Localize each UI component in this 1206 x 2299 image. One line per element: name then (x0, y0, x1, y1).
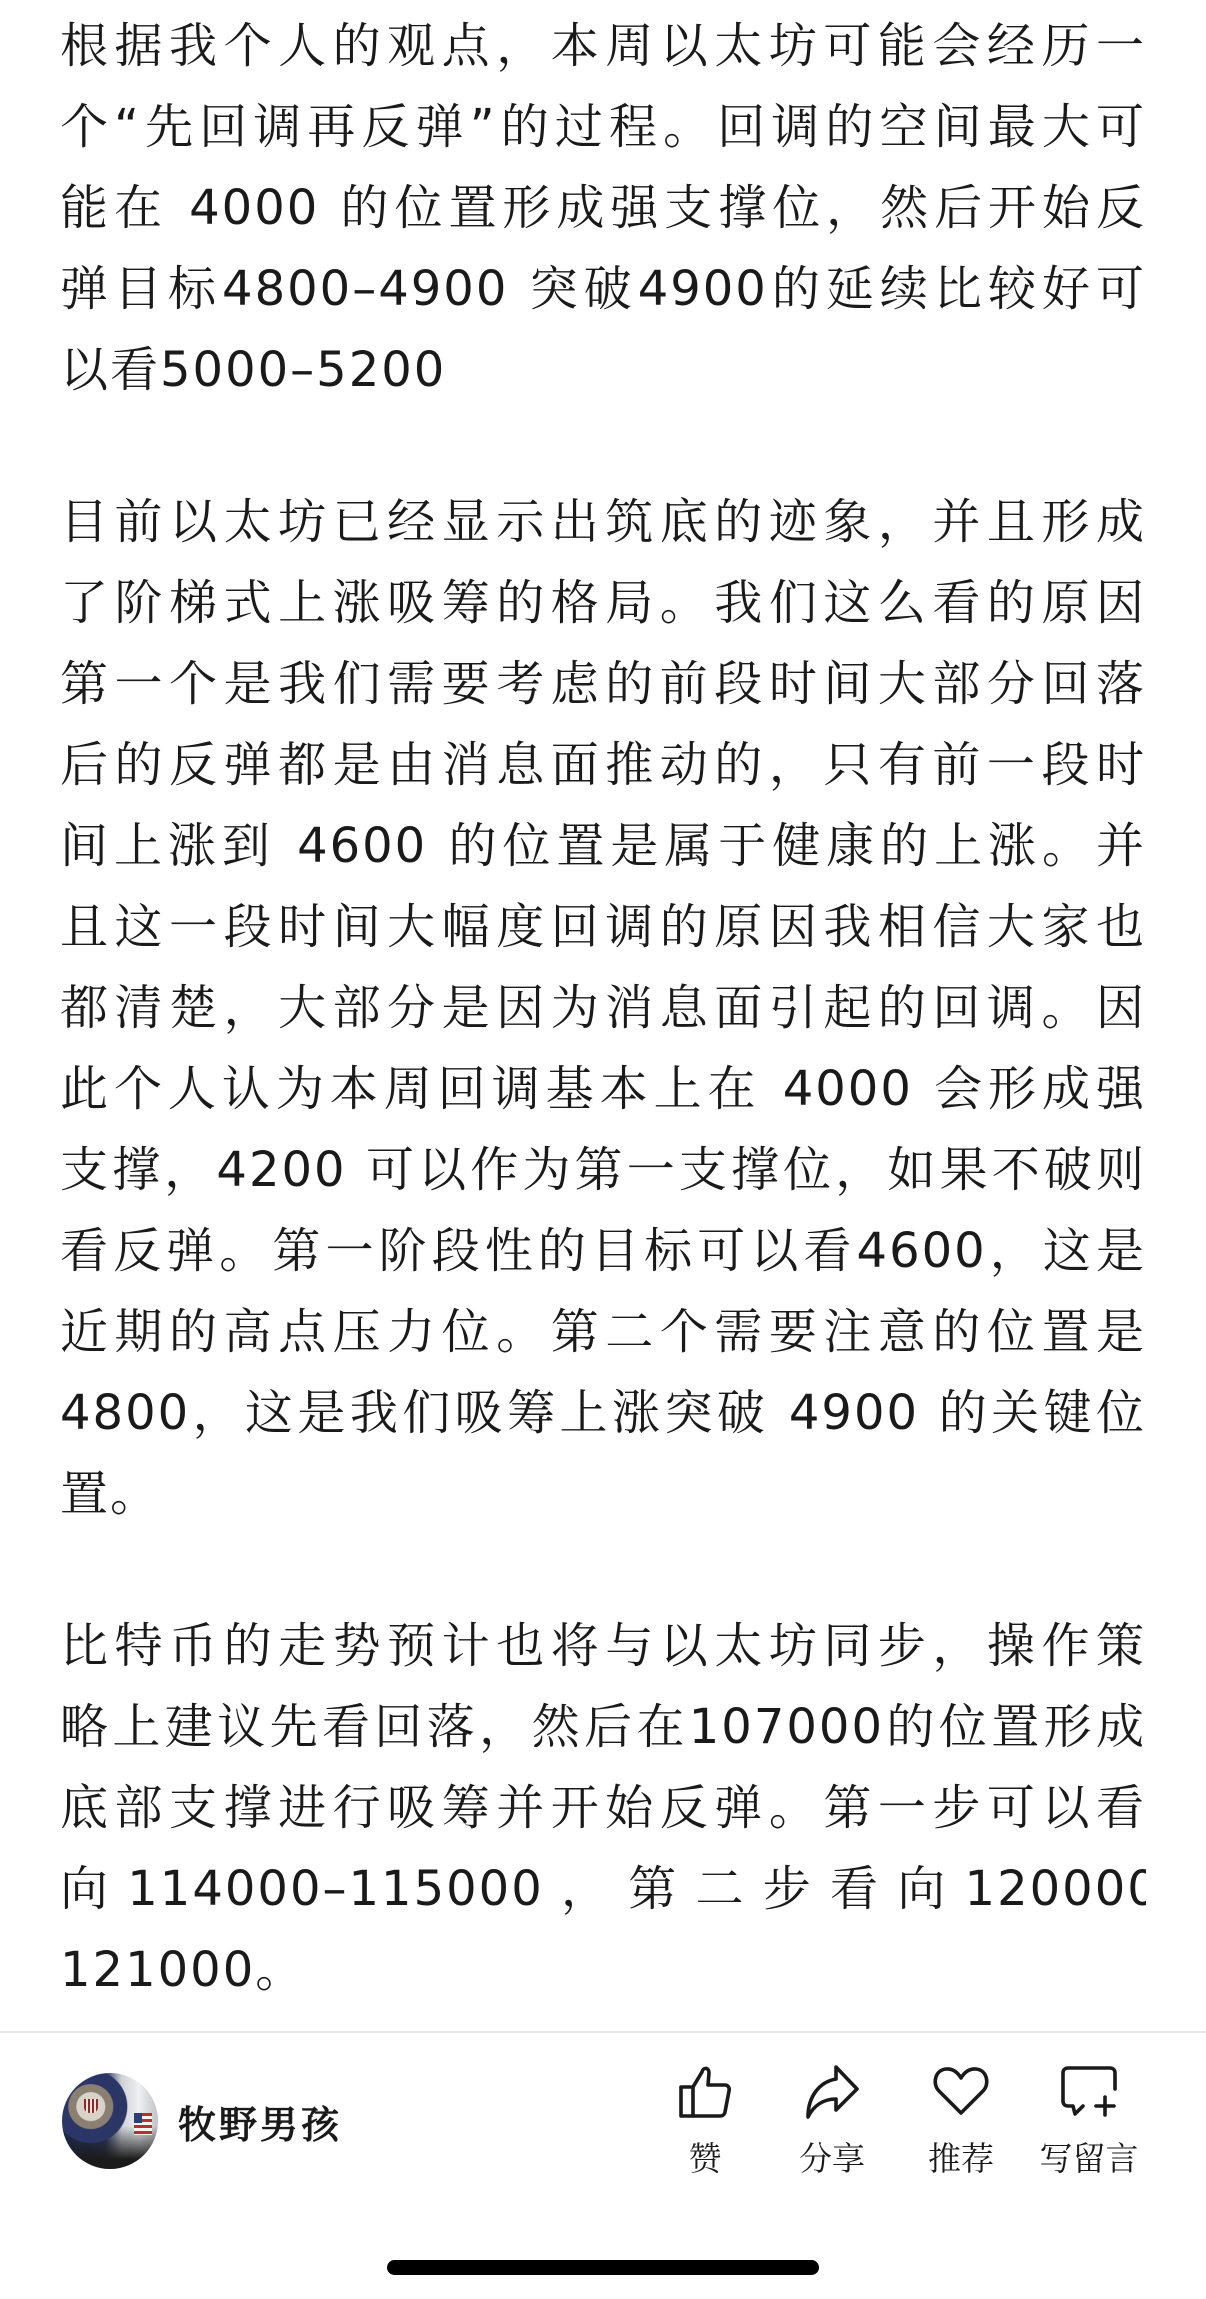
text-line: 近期的高点压力位。第二个需要注意的位置是 (60, 1292, 1146, 1373)
text-line: 弹目标4800–4900 突破4900的延续比较好可 (60, 249, 1146, 330)
article-action-bar: 牧野男孩 赞 分享 (0, 2033, 1206, 2233)
action-buttons: 赞 分享 推荐 (0, 2061, 1206, 2201)
text-line: 都清楚，大部分是因为消息面引起的回调。因 (60, 968, 1146, 1049)
share-label: 分享 (799, 2139, 865, 2179)
home-indicator[interactable] (387, 2260, 819, 2275)
text-line: 此个人认为本周回调基本上在 4000 会形成强 (60, 1049, 1146, 1130)
write-comment-label: 写留言 (1040, 2139, 1139, 2179)
text-line: 以看5000–5200 (60, 330, 1146, 411)
text-line: 后的反弹都是由消息面推动的，只有前一段时 (60, 725, 1146, 806)
text-line: 向 114000–115000 ， 第 二 步 看 向 120000– (60, 1849, 1146, 1930)
paragraph-1: 根据我个人的观点，本周以太坊可能会经历一 个“先回调再反弹”的过程。回调的空间最… (60, 6, 1146, 411)
article-body: 根据我个人的观点，本周以太坊可能会经历一 个“先回调再反弹”的过程。回调的空间最… (60, 6, 1146, 2082)
text-line: 支撑，4200 可以作为第一支撑位，如果不破则 (60, 1130, 1146, 1211)
text-line: 能在 4000 的位置形成强支撑位，然后开始反 (60, 168, 1146, 249)
text-line: 了阶梯式上涨吸筹的格局。我们这么看的原因 (60, 563, 1146, 644)
text-line: 且这一段时间大幅度回调的原因我相信大家也 (60, 887, 1146, 968)
text-line: 目前以太坊已经显示出筑底的迹象，并且形成 (60, 482, 1146, 563)
comment-add-icon (1059, 2061, 1119, 2121)
text-line: 置。 (60, 1454, 1146, 1535)
text-line: 底部支撑进行吸筹并开始反弹。第一步可以看 (60, 1768, 1146, 1849)
text-line: 个“先回调再反弹”的过程。回调的空间最大可 (60, 87, 1146, 168)
recommend-button[interactable]: 推荐 (896, 2061, 1026, 2179)
paragraph-2: 目前以太坊已经显示出筑底的迹象，并且形成 了阶梯式上涨吸筹的格局。我们这么看的原… (60, 482, 1146, 1535)
thumbs-up-icon (675, 2061, 735, 2121)
text-line: 间上涨到 4600 的位置是属于健康的上涨。并 (60, 806, 1146, 887)
write-comment-button[interactable]: 写留言 (1024, 2061, 1154, 2179)
text-line: 第一个是我们需要考虑的前段时间大部分回落 (60, 644, 1146, 725)
text-line: 121000。 (60, 1930, 1146, 2011)
paragraph-3: 比特币的走势预计也将与以太坊同步，操作策 略上建议先看回落，然后在107000的… (60, 1606, 1146, 2011)
heart-icon (931, 2061, 991, 2121)
like-label: 赞 (689, 2139, 722, 2179)
share-button[interactable]: 分享 (767, 2061, 897, 2179)
text-line: 根据我个人的观点，本周以太坊可能会经历一 (60, 6, 1146, 87)
text-line: 比特币的走势预计也将与以太坊同步，操作策 (60, 1606, 1146, 1687)
like-button[interactable]: 赞 (640, 2061, 770, 2179)
text-line: 看反弹。第一阶段性的目标可以看4600，这是 (60, 1211, 1146, 1292)
recommend-label: 推荐 (928, 2139, 994, 2179)
text-line: 4800，这是我们吸筹上涨突破 4900 的关键位 (60, 1373, 1146, 1454)
text-line: 略上建议先看回落，然后在107000的位置形成 (60, 1687, 1146, 1768)
share-arrow-icon (802, 2061, 862, 2121)
